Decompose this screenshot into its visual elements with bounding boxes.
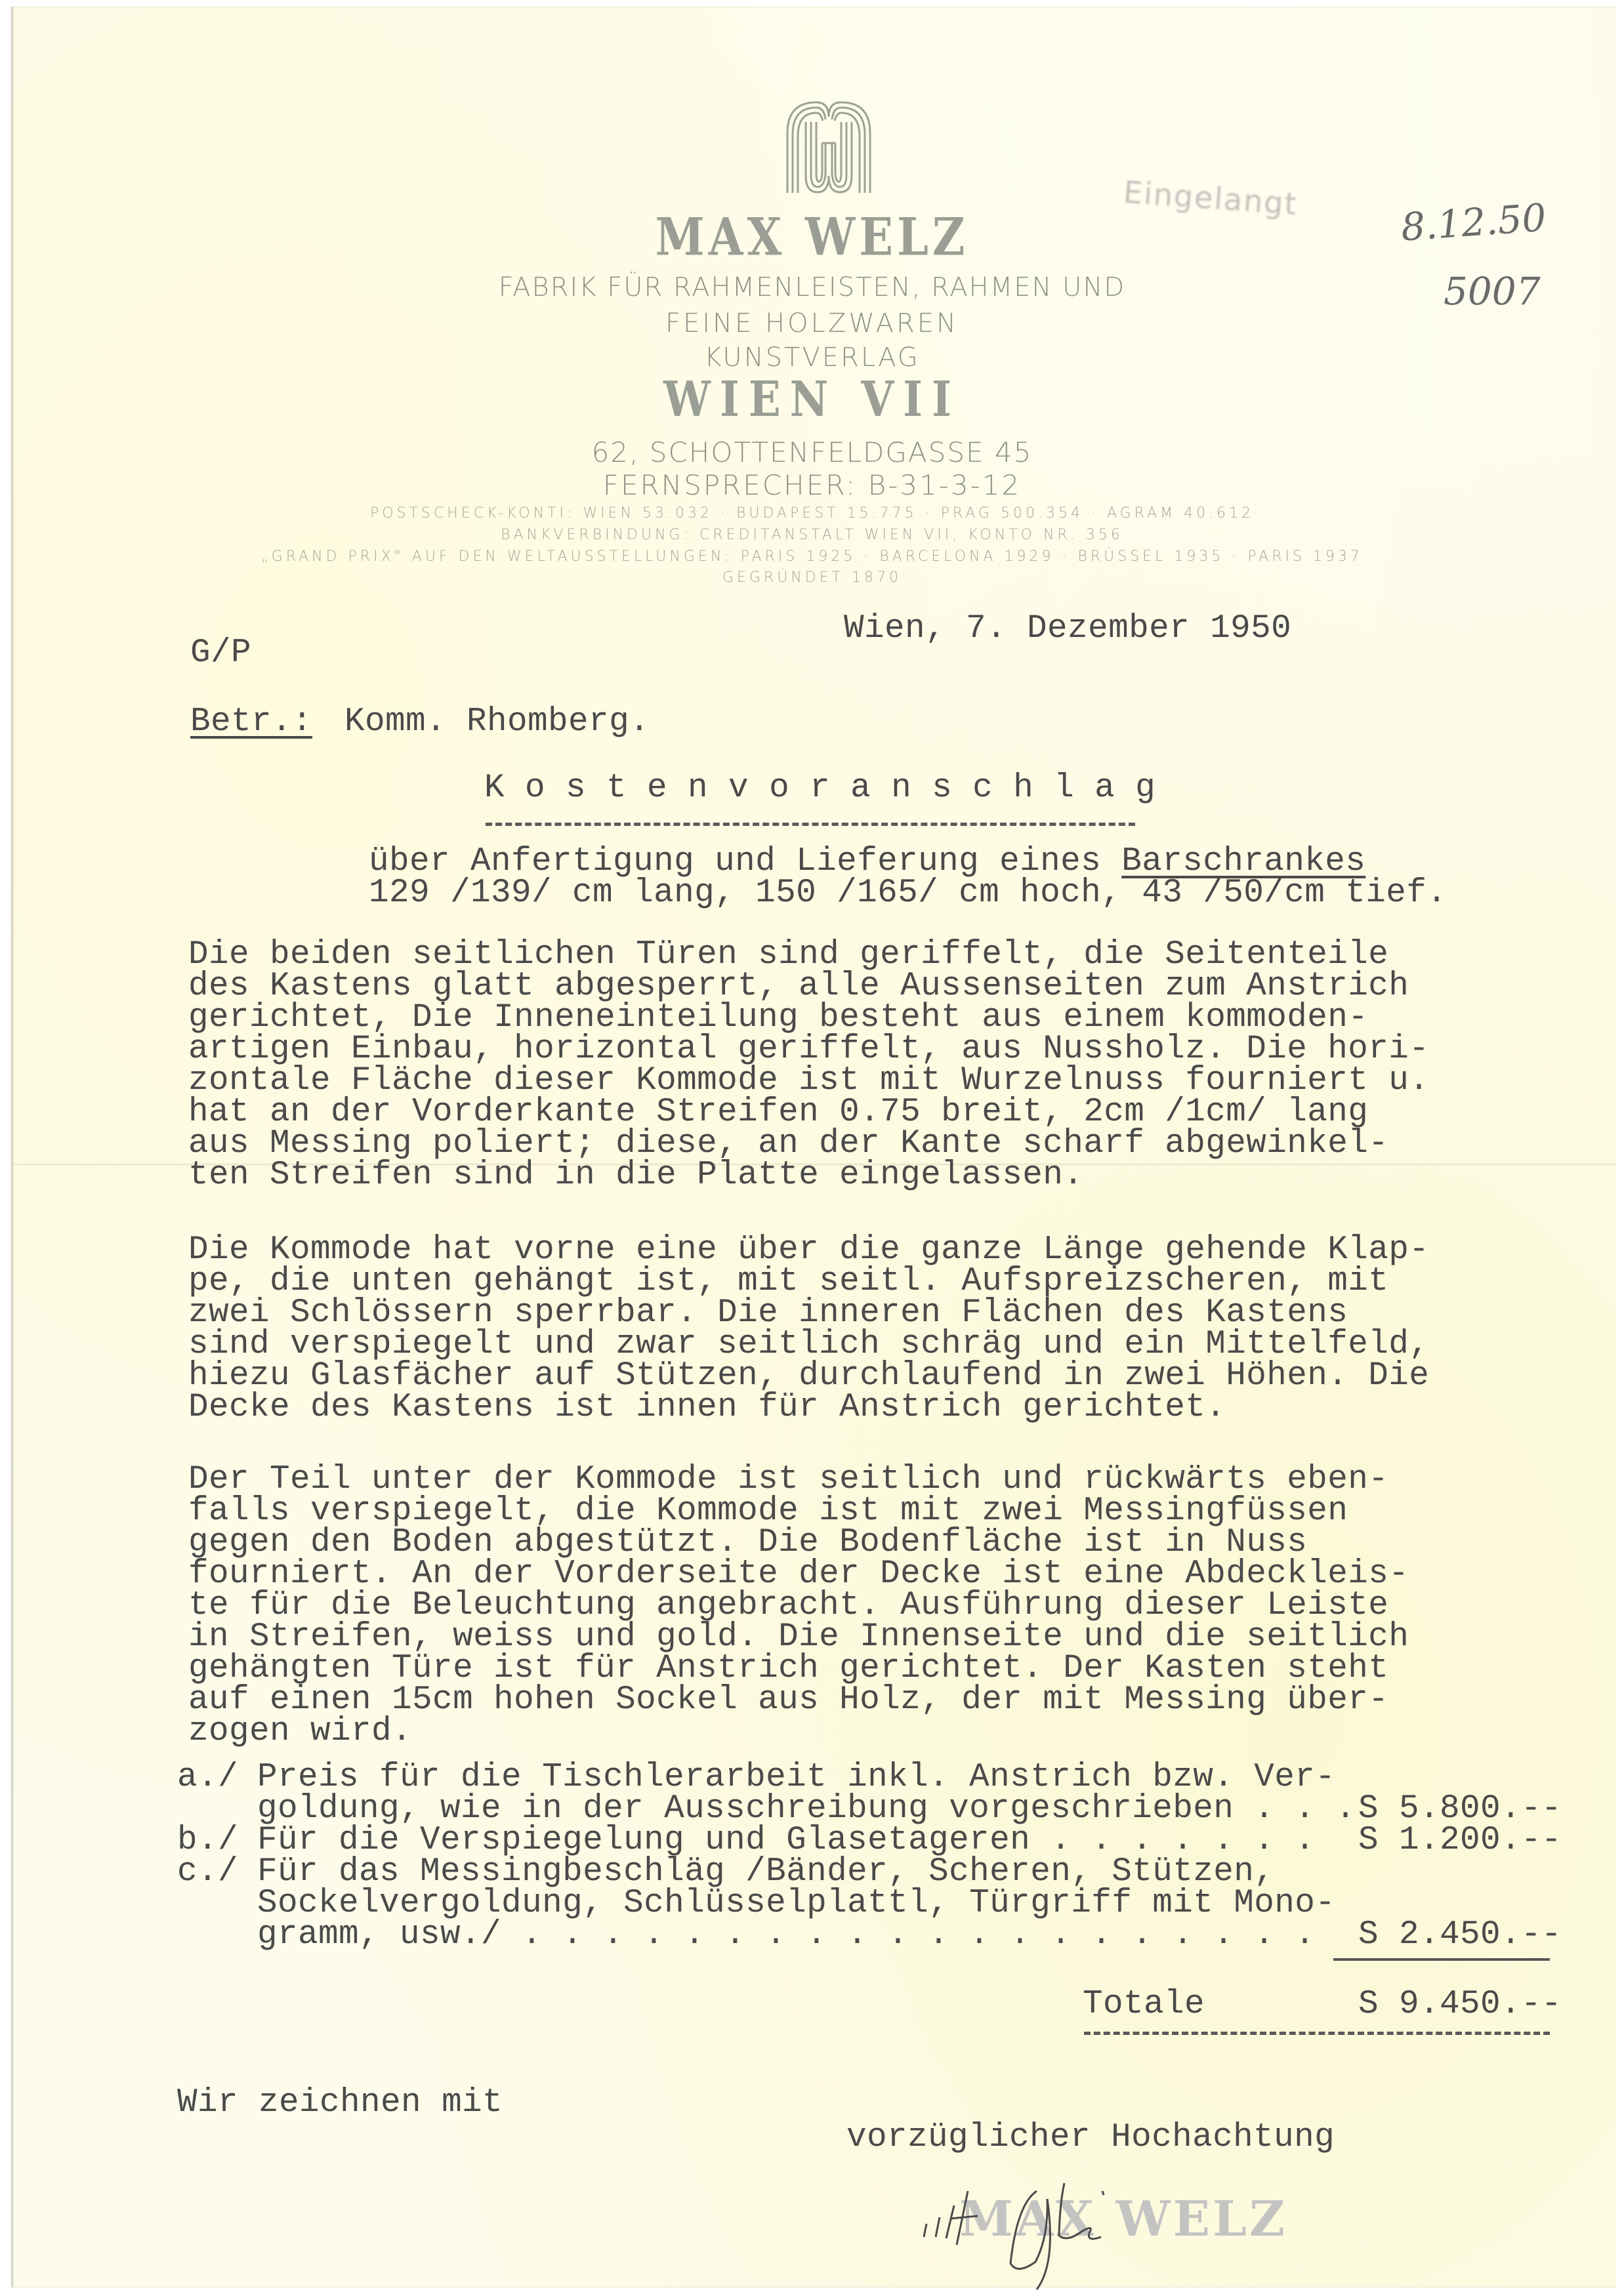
paragraph-line: aus Messing poliert; diese, an der Kante… (188, 1128, 1388, 1160)
company-city: WIEN VII (0, 371, 1624, 428)
item-amount: S 1.200.-- (1358, 1825, 1562, 1856)
company-address: 62, SCHOTTENFELDGASSE 45 (0, 436, 1624, 468)
item-description-line: Für das Messingbeschläg /Bänder, Scheren… (257, 1856, 1274, 1888)
paragraph-line: in Streifen, weiss und gold. Die Innense… (188, 1622, 1409, 1653)
closing-line-1: Wir zeichnen mit (177, 2087, 503, 2119)
subtotal-rule (1333, 1958, 1550, 1961)
paragraph-line: pe, die unten gehängt ist, mit seitl. Au… (188, 1266, 1388, 1298)
title-subline-2-dimensions: 129 /139/ cm lang, 150 /165/ cm hoch, 43… (369, 878, 1447, 909)
paragraph-line: Die Kommode hat vorne eine über die ganz… (188, 1235, 1429, 1266)
item-description-line: Sockelvergoldung, Schlüsselplattl, Türgr… (257, 1888, 1335, 1919)
company-description-line1: FABRIK FÜR RAHMENLEISTEN, RAHMEN UND (0, 272, 1624, 302)
paragraph-line: sind verspiegelt und zwar seitlich schrä… (188, 1329, 1429, 1361)
paragraph-line: zontale Fläche dieser Kommode ist mit Wu… (188, 1065, 1429, 1097)
company-description-line2: FEINE HOLZWAREN (0, 308, 1624, 338)
paragraph-line: te für die Beleuchtung angebracht. Ausfü… (188, 1590, 1388, 1622)
place-and-date: Wien, 7. Dezember 1950 (844, 613, 1291, 645)
item-amount: S 5.800.-- (1358, 1794, 1562, 1825)
paragraph-line: gegen den Boden abgestützt. Die Bodenflä… (188, 1527, 1307, 1559)
title-subline-1: über Anfertigung und Lieferung eines Bar… (369, 846, 1365, 878)
paragraph-line: ten Streifen sind in die Platte eingelas… (188, 1160, 1083, 1191)
paragraph-line: gehängten Türe ist für Anstrich gerichte… (188, 1653, 1388, 1685)
mw-monogram-icon (780, 97, 878, 195)
postscheck-accounts: POSTSCHECK-KONTI: WIEN 53.032 · BUDAPEST… (0, 505, 1624, 522)
paragraph-line: Decke des Kastens ist innen für Anstrich… (188, 1392, 1226, 1424)
title-underline (486, 823, 1135, 826)
total-label: Totale (1083, 1989, 1205, 2020)
paragraph-line: des Kastens glatt abgesperrt, alle Ausse… (188, 971, 1409, 1002)
item-label: a./ (177, 1762, 238, 1794)
subject-text: Komm. Rhomberg. (344, 707, 650, 738)
paragraph-line: hiezu Glasfächer auf Stützen, durchlaufe… (188, 1361, 1429, 1392)
item-label: b./ (177, 1825, 238, 1856)
paragraph-line: Der Teil unter der Kommode ist seitlich … (188, 1464, 1388, 1496)
total-amount: S 9.450.-- (1358, 1989, 1562, 2020)
item-description-line: Preis für die Tischlerarbeit inkl. Anstr… (257, 1762, 1335, 1794)
company-phone: FERNSPRECHER: B-31-3-12 (0, 469, 1624, 501)
paragraph-line: Die beiden seitlichen Türen sind geriffe… (188, 939, 1388, 971)
paragraph-line: zwei Schlössern sperrbar. Die inneren Fl… (188, 1298, 1348, 1329)
company-description-line3: KUNSTVERLAG (0, 342, 1624, 373)
handwritten-signature-icon (919, 2165, 1181, 2296)
paragraph-line: auf einen 15cm hohen Sockel aus Holz, de… (188, 1685, 1388, 1716)
document-title: K o s t e n v o r a n s c h l a g (484, 773, 1156, 804)
company-name: MAX WELZ (0, 207, 1624, 268)
handwritten-file-number: 5007 (1444, 269, 1541, 314)
paragraph-line: artigen Einbau, horizontal geriffelt, au… (188, 1034, 1429, 1065)
founded-year: GEGRÜNDET 1870 (0, 569, 1624, 586)
item-label: c./ (177, 1856, 238, 1888)
item-description-line: Für die Verspiegelung und Glasetageren .… (257, 1825, 1315, 1856)
paragraph-line: hat an der Vorderkante Streifen 0.75 bre… (188, 1097, 1368, 1128)
paragraph-line: zogen wird. (188, 1716, 412, 1748)
item-description-line: goldung, wie in der Ausschreibung vorges… (257, 1794, 1356, 1825)
bank-details: BANKVERBINDUNG: CREDITANSTALT WIEN VII, … (0, 527, 1624, 543)
reference-initials: G/P (190, 638, 251, 669)
total-double-underline (1084, 2032, 1550, 2035)
paragraph-line: gerichtet, Die Inneneinteilung besteht a… (188, 1002, 1368, 1034)
closing-line-2: vorzüglicher Hochachtung (846, 2122, 1335, 2154)
subject-label: Betr.: (190, 707, 312, 738)
paragraph-line: fourniert. An der Vorderseite der Decke … (188, 1559, 1409, 1590)
item-description-line: gramm, usw./ . . . . . . . . . . . . . .… (257, 1919, 1315, 1951)
paragraph-line: falls verspiegelt, die Kommode ist mit z… (188, 1496, 1348, 1527)
item-amount: S 2.450.-- (1358, 1919, 1562, 1951)
grand-prix-awards: „GRAND PRIX" AUF DEN WELTAUSSTELLUNGEN: … (0, 548, 1624, 565)
